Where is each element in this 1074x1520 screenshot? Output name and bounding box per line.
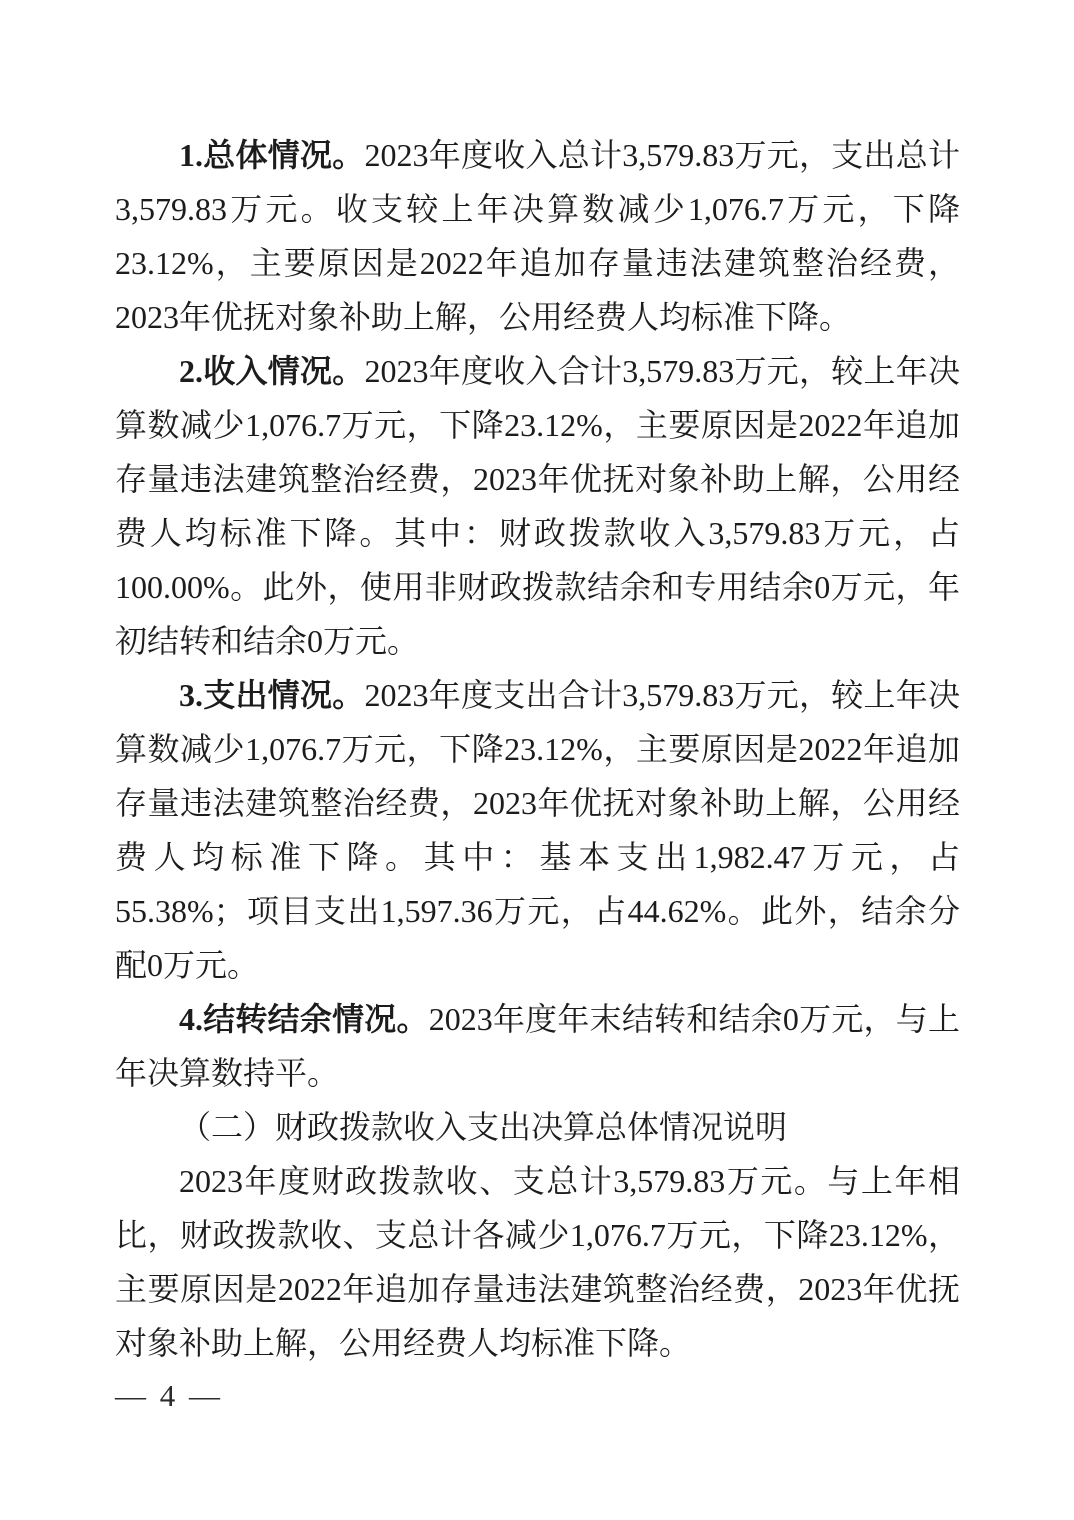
paragraph-overall-lead: 1.总体情况。 — [179, 137, 365, 173]
document-page: 1.总体情况。2023年度收入总计3,579.83万元，支出总计3,579.83… — [0, 0, 1074, 1520]
paragraph-expenditure-situation: 3.支出情况。2023年度支出合计3,579.83万元，较上年决算数减少1,07… — [115, 668, 960, 992]
paragraph-fiscal-appropriation-summary: 2023年度财政拨款收、支总计3,579.83万元。与上年相比，财政拨款收、支总… — [115, 1154, 960, 1370]
paragraph-carryover-situation: 4.结转结余情况。2023年度年末结转和结余0万元，与上年决算数持平。 — [115, 992, 960, 1100]
section-heading-fiscal-appropriation: （二）财政拨款收入支出决算总体情况说明 — [115, 1100, 960, 1154]
paragraph-income-lead: 2.收入情况。 — [179, 353, 365, 389]
paragraph-expenditure-lead: 3.支出情况。 — [179, 677, 365, 713]
paragraph-overall-situation: 1.总体情况。2023年度收入总计3,579.83万元，支出总计3,579.83… — [115, 128, 960, 344]
paragraph-expenditure-text: 2023年度支出合计3,579.83万元，较上年决算数减少1,076.7万元，下… — [115, 677, 960, 983]
paragraph-carryover-lead: 4.结转结余情况。 — [179, 1001, 429, 1037]
page-number: — 4 — — [115, 1369, 223, 1423]
paragraph-income-situation: 2.收入情况。2023年度收入合计3,579.83万元，较上年决算数减少1,07… — [115, 344, 960, 668]
document-body: 1.总体情况。2023年度收入总计3,579.83万元，支出总计3,579.83… — [115, 128, 960, 1370]
paragraph-income-text: 2023年度收入合计3,579.83万元，较上年决算数减少1,076.7万元，下… — [115, 353, 960, 659]
paragraph-fiscal-appropriation-text: 2023年度财政拨款收、支总计3,579.83万元。与上年相比，财政拨款收、支总… — [115, 1163, 960, 1361]
